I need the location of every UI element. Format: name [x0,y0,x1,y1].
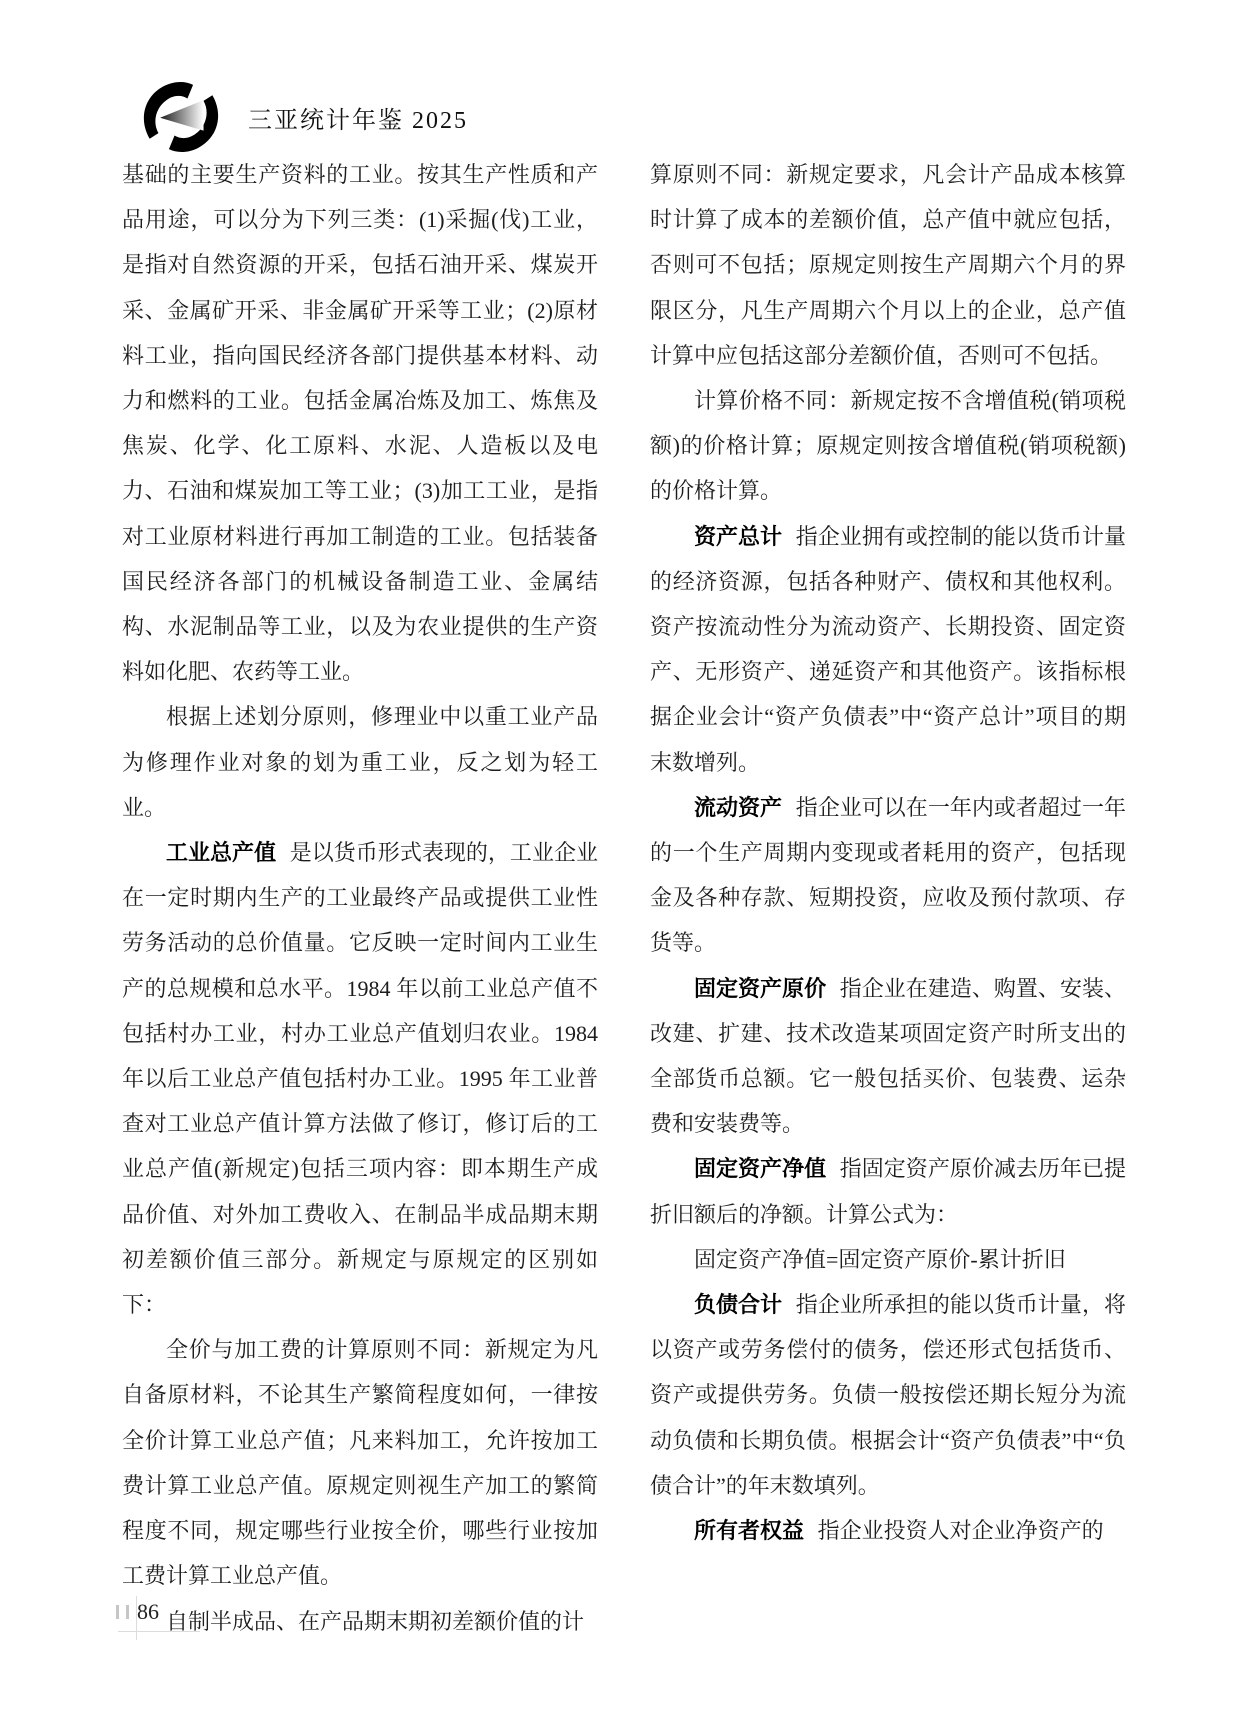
term-label: 工业总产值 [166,840,276,865]
yearbook-logo-icon [140,80,222,154]
page-margin-mark-icon [116,1605,129,1619]
paragraph: 负债合计指企业所承担的能以货币计量，将以资产或劳务偿付的债务，偿还形式包括货币、… [650,1282,1126,1508]
paragraph-text: 指企业拥有或控制的能以货币计量的经济资源，包括各种财产、债权和其他权利。资产按流… [650,524,1126,775]
paragraph: 根据上述划分原则，修理业中以重工业产品为修理作业对象的划为重工业，反之划为轻工业… [122,694,598,830]
paragraph-text: 指企业所承担的能以货币计量，将以资产或劳务偿付的债务，偿还形式包括货币、资产或提… [650,1292,1126,1498]
paragraph: 固定资产净值指固定资产原价减去历年已提折旧额后的净额。计算公式为： [650,1146,1126,1236]
paragraph: 固定资产原价指企业在建造、购置、安装、改建、扩建、技术改造某项固定资产时所支出的… [650,966,1126,1147]
paragraph-text: 根据上述划分原则，修理业中以重工业产品为修理作业对象的划为重工业，反之划为轻工业… [122,704,598,819]
term-label: 固定资产净值 [694,1156,826,1181]
paragraph-text: 算原则不同：新规定要求，凡会计产品成本核算时计算了成本的差额价值，总产值中就应包… [650,162,1126,368]
paragraph: 流动资产指企业可以在一年内或者超过一年的一个生产周期内变现或者耗用的资产，包括现… [650,785,1126,966]
paragraph: 全价与加工费的计算原则不同：新规定为凡自备原材料，不论其生产繁简程度如何，一律按… [122,1327,598,1598]
term-label: 固定资产原价 [694,976,826,1001]
page-number: 86 [137,1599,159,1625]
paragraph: 基础的主要生产资料的工业。按其生产性质和产品用途，可以分为下列三类：(1)采掘(… [122,152,598,694]
paragraph-text: 计算价格不同：新规定按不含增值税(销项税额)的价格计算；原规定则按含增值税(销项… [650,388,1126,503]
paragraph: 工业总产值是以货币形式表现的，工业企业在一定时期内生产的工业最终产品或提供工业性… [122,830,598,1327]
paragraph-text: 全价与加工费的计算原则不同：新规定为凡自备原材料，不论其生产繁简程度如何，一律按… [122,1337,598,1588]
term-label: 流动资产 [694,795,782,820]
paragraph: 计算价格不同：新规定按不含增值税(销项税额)的价格计算；原规定则按含增值税(销项… [650,378,1126,514]
paragraph-text: 是以货币形式表现的，工业企业在一定时期内生产的工业最终产品或提供工业性劳务活动的… [122,840,598,1317]
paragraph-text: 固定资产净值=固定资产原价-累计折旧 [694,1247,1066,1272]
paragraph: 算原则不同：新规定要求，凡会计产品成本核算时计算了成本的差额价值，总产值中就应包… [650,152,1126,378]
page-header: 三亚统计年鉴 2025 [140,80,468,154]
margin-rule-horizontal [118,1631,200,1632]
term-label: 负债合计 [694,1292,782,1317]
paragraph-text: 指企业投资人对企业净资产的 [818,1518,1104,1543]
paragraph: 自制半成品、在产品期末期初差额价值的计 [122,1599,598,1644]
left-column: 基础的主要生产资料的工业。按其生产性质和产品用途，可以分为下列三类：(1)采掘(… [122,152,598,1644]
book-title: 三亚统计年鉴 2025 [248,100,468,135]
paragraph-text: 自制半成品、在产品期末期初差额价值的计 [166,1609,584,1634]
formula-line: 固定资产净值=固定资产原价-累计折旧 [650,1237,1126,1282]
page-footer: 86 [116,1599,159,1625]
paragraph-text: 基础的主要生产资料的工业。按其生产性质和产品用途，可以分为下列三类：(1)采掘(… [122,162,598,684]
page-content: 基础的主要生产资料的工业。按其生产性质和产品用途，可以分为下列三类：(1)采掘(… [122,152,1126,1644]
term-label: 所有者权益 [694,1518,804,1543]
term-label: 资产总计 [694,524,782,549]
paragraph: 资产总计指企业拥有或控制的能以货币计量的经济资源，包括各种财产、债权和其他权利。… [650,514,1126,785]
paragraph: 所有者权益指企业投资人对企业净资产的 [650,1508,1126,1553]
right-column: 算原则不同：新规定要求，凡会计产品成本核算时计算了成本的差额价值，总产值中就应包… [650,152,1126,1644]
yearbook-page: 三亚统计年鉴 2025 基础的主要生产资料的工业。按其生产性质和产品用途，可以分… [0,0,1241,1713]
